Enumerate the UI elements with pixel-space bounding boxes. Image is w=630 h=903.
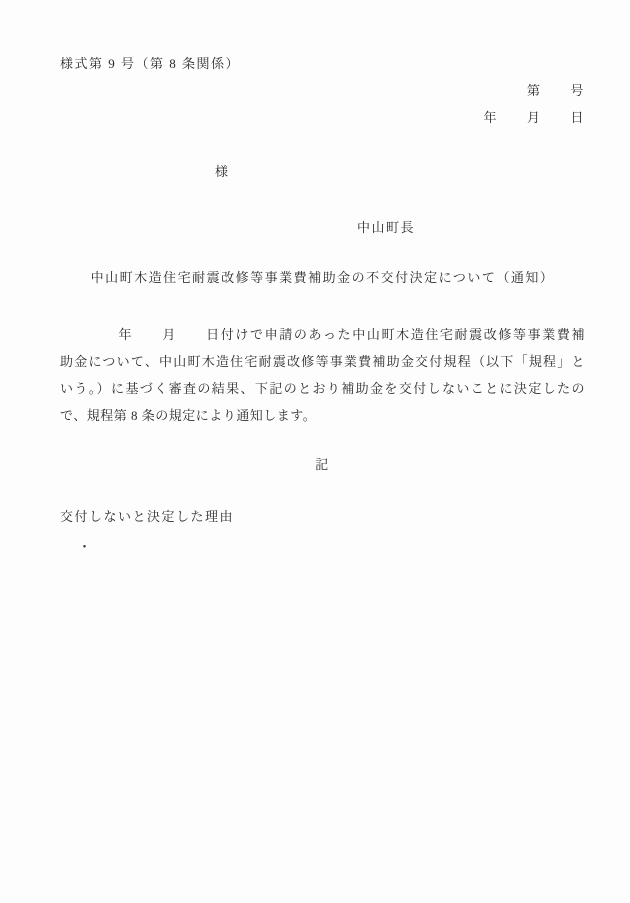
sender-name: 中山町長 — [357, 219, 415, 237]
body-line: 助金について、中山町木造住宅耐震改修等事業費補助金交付規程（以下「規程」と — [60, 348, 585, 375]
recipient-honorific: 様 — [215, 163, 230, 181]
document-number-line: 第 号 — [60, 82, 585, 100]
document-title: 中山町木造住宅耐震改修等事業費補助金の不交付決定について（通知） — [60, 269, 585, 287]
reason-heading: 交付しないと決定した理由 — [60, 508, 234, 526]
body-line: で、規程第 8 条の規定により通知します。 — [60, 402, 585, 429]
record-marker: 記 — [60, 456, 585, 474]
form-number: 様式第 9 号（第 8 条関係） — [60, 55, 240, 73]
body-paragraph: 年 月 日付けで申請のあった中山町木造住宅耐震改修等事業費補 助金について、中山… — [60, 321, 585, 429]
reason-bullet: ・ — [78, 538, 93, 556]
body-line: いう。）に基づく審査の結果、下記のとおり補助金を交付しないことに決定したの — [60, 375, 585, 402]
document-page: 様式第 9 号（第 8 条関係） 第 号 年 月 日 様 中山町長 中山町木造住… — [0, 0, 630, 903]
body-line: 年 月 日付けで申請のあった中山町木造住宅耐震改修等事業費補 — [60, 321, 585, 348]
date-line: 年 月 日 — [60, 109, 585, 127]
